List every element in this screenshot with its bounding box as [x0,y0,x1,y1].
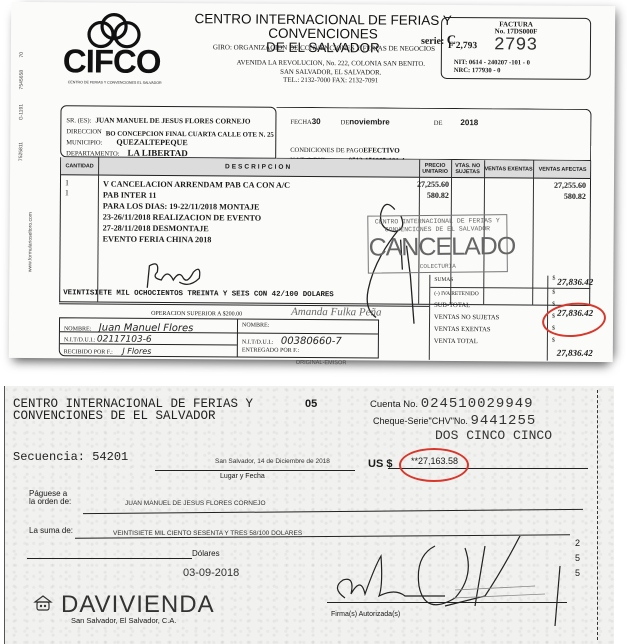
deliverer-nit-label: N.I.T/D.U.I.: [242,340,274,346]
folio-value: 2,793 [456,41,477,51]
authorized-signature-label: Firma(s) Autorizada(s) [331,611,400,618]
check-serial-row: Cheque-Serie"CHV"No. 9441255 [373,413,536,429]
side-digit: 2 [575,536,580,551]
nrc-number: NRC: 177930 - 0 [454,66,530,74]
highlight-circle [399,448,469,482]
received-by-signature: J Flores [122,347,151,356]
side-print-text: 70 [19,52,25,58]
ventas-afectas-value: 27,255.60 [531,181,586,190]
account-label: Cuenta No. [370,399,418,410]
client-departamento-value: LA LIBERTAD [127,148,187,158]
currency-symbol: $ [552,276,555,282]
totals-label-subtotal: SUB-TOTAL [434,302,470,309]
date-day: 30 [312,117,321,126]
serial-number: 9441255 [470,413,536,429]
folio-prefix: F [448,41,454,51]
invoice-document: 70 7545658 G-1191 7525811 www.formulario… [9,2,615,362]
invoice-side-print: 70 7545658 G-1191 7525811 www.formulario… [13,52,55,352]
address-line: AVENIDA LA REVOLUCION, No. 222, COLONIA … [211,59,451,69]
logo-subtitle: CENTRO DE FERIAS Y CONVENCIONES EL SALVA… [65,81,165,86]
totals-label-iva: (-) IVA RETENIDO [434,291,479,297]
account-number: 024510029949 [421,396,534,412]
copy-label: ORIGINAL-EMISOR [296,360,347,366]
column-divider [97,158,99,302]
nit-number: NIT: 0614 - 240207 -101 - 0 [454,59,530,67]
stamp-sub-text: COLECTURIA [369,262,507,270]
check-side-print [601,456,606,457]
check-perforation [597,390,598,640]
receiver-name-value: Juan Manuel Flores [99,323,194,335]
receiver-nit-label: N.I.T/D.U.I.: [64,337,96,343]
totals-label-exentas: VENTAS EXENTAS [434,326,491,333]
dollars-label: Dólares [192,549,220,558]
deliverer-name-label: NOMBRE: [242,323,269,329]
side-print-text: www.formularioseltoro.com [27,212,33,272]
side-digit: 5 [575,566,580,581]
unit-price: 580.82 [379,190,449,199]
place-date-line [155,470,355,471]
place-date-label: Lugar y Fecha [220,473,265,480]
deliverer-nit-row: N.I.T/D.U.I.: 00380660-7 [242,336,342,348]
header-ventas-no-sujetas: VTAS. NO SUJETAS [451,160,484,178]
date-de-label: DE [434,120,443,127]
check-date: 03-09-2018 [183,567,239,579]
pay-to-line2: la orden de: [29,498,71,506]
stamp-main-text: CANCELADO [368,232,506,262]
holder-line2: CONVENCIONES DE EL SALVADOR [13,410,253,422]
side-print-text: G-1191 [18,104,24,120]
totals-label-no-sujetas: VENTAS NO SUJETAS [434,314,499,321]
date-label: FECHA [290,119,311,126]
client-info-box: SR. (ES): JUAN MANUEL DE JESUS FLORES CO… [60,105,276,159]
item-quantity: 1 [65,178,69,187]
header-cantidad: CANTIDAD [61,157,98,175]
factura-number: 2793 [494,35,537,55]
signature-box: NOMBRE: Juan Manuel Flores N.I.T/D.U.I.:… [59,317,379,358]
factura-box: FACTURA No. 17DS000F F 2,793 2793 NIT: 0… [441,17,591,80]
item-description-line: PARA LOS DIAS: 19-22/11/2018 MONTAJE [103,202,260,212]
divider [430,287,590,289]
date-de-label: DE [341,119,350,126]
account-number-row: Cuenta No. 024510029949 [370,396,534,412]
totals-value-sumas: 27,836.42 [557,277,593,287]
company-address: AVENIDA LA REVOLUCION, No. 222, COLONIA … [211,59,451,86]
factura-title: FACTURA No. 17DS000F [442,21,590,36]
serial-words: DOS CINCO CINCO [435,428,552,443]
davivienda-house-icon [33,594,53,612]
divider [237,319,238,356]
header-precio-unitario: PRECIO UNITARIO [419,160,451,178]
delivered-by-label: ENTREGADO POR F.: [242,348,299,354]
side-print-text: 7545658 [19,70,25,90]
logo-text: CIFCO [63,42,161,81]
date-month: noviembre [349,117,390,126]
header-ventas-exentas: VENTAS EXENTAS [484,160,533,178]
cancelado-stamp: CENTRO INTERNACIONAL DE FERIAS Y CONVENC… [367,214,508,273]
item-description-line: 27-28/11/2018 DESMONTAJE [103,224,209,234]
deliverer-nit-value: 00380660-7 [281,336,342,347]
currency-symbol: $ [552,290,555,296]
check-account-holder: CENTRO INTERNACIONAL DE FERIAS Y CONVENC… [13,398,253,422]
bank-location: San Salvador, El Salvador, C.A. [71,616,176,625]
unit-price: 27,255.60 [379,179,449,188]
totals-value-venta-total: 27,836.42 [557,348,593,358]
deliverer-name-row: NOMBRE: [242,323,269,329]
item-description-line: PAB INTER 11 [103,191,157,200]
address-phone: TEL.: 2132-7000 FAX: 2132-7091 [211,76,451,86]
amount-words-label: La suma de: [29,526,73,535]
currency-symbol: $ [552,338,555,344]
receiver-signature-row: RECIBIDO POR F.: J Flores [64,346,152,356]
ventas-afectas-value: 580.82 [531,192,586,201]
received-by-label: RECIBIDO POR F.: [64,349,113,355]
date-year: 2018 [460,118,478,127]
factura-tax-ids: NIT: 0614 - 240207 -101 - 0 NRC: 177930 … [454,59,530,75]
folio-small: F 2,793 [448,41,477,51]
receiver-nit-row: N.I.T/D.U.I.: 02117103-6 [64,334,152,345]
signature-line [327,602,567,603]
side-digit: 5 [575,551,580,566]
sequence-number: Secuencia: 54201 [13,450,128,464]
bank-logo: DAVIVIENDA [61,591,215,619]
operacion-note: OPERACION SUPERIOR A $200.00 [151,311,242,318]
cashier-name-stamp: Amanda Fulka Peña [291,306,382,319]
place-date-value: San Salvador, 14 de Diciembre de 2018 [215,458,330,465]
bank-check: CENTRO INTERNACIONAL DE FERIAS Y CONVENC… [4,386,614,644]
deliverer-signature-row: ENTREGADO POR F.: [242,348,299,354]
item-description-line: 23-26/11/2018 REALIZACION DE EVENTO [103,213,261,223]
check-code: 05 [305,398,317,410]
dollars-line [27,558,192,559]
receiver-name-row: NOMBRE: Juan Manuel Flores [64,322,194,334]
totals-label-sumas: SUMAS [434,277,453,283]
serial-label: Cheque-Serie"CHV"No. [373,416,468,426]
header-ventas-afectas: VENTAS AFECTAS [533,161,592,179]
cifco-logo: CIFCO CENTRO DE FERIAS Y CONVENCIONES EL… [61,12,172,93]
receiver-nit-value: 02117103-6 [97,335,152,345]
receiver-name-label: NOMBRE: [64,326,91,332]
item-quantity: 1 [65,188,69,197]
pay-to-label: Páguese a la orden de: [29,490,71,506]
payee-name: JUAN MANUEL DE JESUS FLORES CORNEJO [125,500,266,507]
side-digits: 2 5 5 [575,536,580,581]
header-descripcion: DESCRIPCION [98,158,419,178]
totals-label-venta-total: VENTA TOTAL [434,338,478,345]
invoice-meta-box: FECHA30 DEnoviembre DE 2018 CONDICIONES … [276,107,591,161]
side-print-text: 7525811 [18,142,24,161]
item-description-line: V CANCELACION ARRENDAM PAB CA CON A/C [103,180,290,190]
date-row: FECHA30 DEnoviembre DE 2018 [290,111,478,130]
item-description-line: EVENTO FERIA CHINA 2018 [103,235,212,245]
